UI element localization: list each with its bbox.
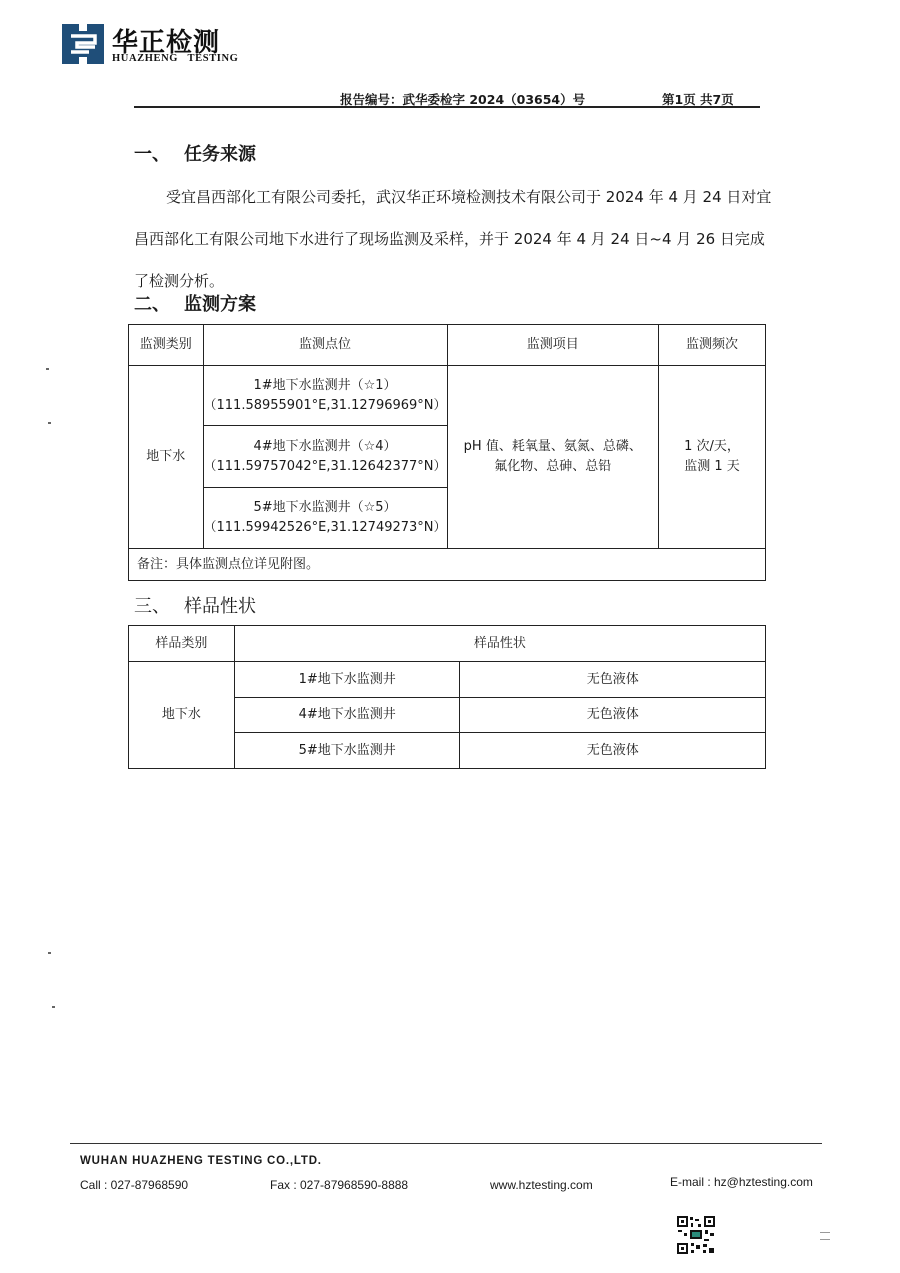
items-line-1: pH 值、耗氧量、氨氮、总磷、: [448, 437, 658, 457]
section-2-title: 监测方案: [184, 294, 256, 315]
task-source-text: 受宜昌西部化工有限公司委托，武汉华正环境检测技术有限公司于 2024 年 4 月…: [134, 188, 771, 290]
table-row: 地下水 1#地下水监测井 无色液体: [129, 662, 766, 698]
scan-speck: [46, 368, 49, 370]
section-3-number: 三、: [134, 592, 184, 618]
section-2-number: 二、: [134, 290, 184, 316]
category-cell: 地下水: [129, 366, 204, 549]
frequency-cell: 1 次/天， 监测 1 天: [658, 366, 765, 549]
footer-phone: Call : 027-87968590: [80, 1178, 188, 1192]
sample-state-cell: 无色液体: [460, 733, 766, 769]
logo-mark-icon: [62, 24, 104, 64]
footer-email: E-mail : hz@hztesting.com: [670, 1175, 813, 1189]
company-logo: 华正检测 HUAZHENG TESTING: [62, 24, 234, 68]
task-source-paragraph: 受宜昌西部化工有限公司委托，武汉华正环境检测技术有限公司于 2024 年 4 月…: [134, 176, 774, 302]
header-divider: [134, 106, 760, 108]
sample-state-cell: 无色液体: [460, 662, 766, 698]
monitoring-plan-table: 监测类别 监测点位 监测项目 监测频次 地下水 1#地下水监测井（☆1） （11…: [128, 324, 766, 581]
point-coords: （111.59942526°E,31.12749273°N）: [204, 518, 447, 538]
section-3-heading: 三、样品性状: [134, 592, 256, 618]
point-coords: （111.58955901°E,31.12796969°N）: [204, 396, 447, 416]
point-coords: （111.59757042°E,31.12642377°N）: [204, 457, 447, 477]
edge-mark: [820, 1232, 830, 1240]
items-line-2: 氟化物、总砷、总铅: [448, 457, 658, 477]
qr-code-icon: [676, 1215, 716, 1255]
footer-divider: [70, 1143, 822, 1144]
section-1-title: 任务来源: [184, 144, 256, 165]
header-sample-state: 样品性状: [234, 626, 765, 662]
sample-point-cell: 5#地下水监测井: [234, 733, 460, 769]
point-cell: 1#地下水监测井（☆1） （111.58955901°E,31.12796969…: [203, 366, 447, 426]
header-sample-category: 样品类别: [129, 626, 235, 662]
sample-category-cell: 地下水: [129, 662, 235, 769]
scan-speck: [48, 952, 51, 954]
point-cell: 5#地下水监测井（☆5） （111.59942526°E,31.12749273…: [203, 488, 447, 549]
footer-company-name: WUHAN HUAZHENG TESTING CO.,LTD.: [80, 1155, 322, 1167]
note-cell: 备注：具体监测点位详见附图。: [129, 549, 766, 581]
table-header-row: 样品类别 样品性状: [129, 626, 766, 662]
section-1-heading: 一、任务来源: [134, 140, 256, 166]
frequency-line-2: 监测 1 天: [659, 457, 765, 477]
header-frequency: 监测频次: [658, 325, 765, 366]
sample-state-cell: 无色液体: [460, 698, 766, 733]
section-2-heading: 二、监测方案: [134, 290, 256, 316]
header-point: 监测点位: [203, 325, 447, 366]
header-category: 监测类别: [129, 325, 204, 366]
sample-point-cell: 1#地下水监测井: [234, 662, 460, 698]
scan-speck: [52, 1006, 55, 1008]
table-row: 地下水 1#地下水监测井（☆1） （111.58955901°E,31.1279…: [129, 366, 766, 426]
sample-point-cell: 4#地下水监测井: [234, 698, 460, 733]
point-name: 4#地下水监测井（☆4）: [204, 437, 447, 457]
footer-fax: Fax : 027-87968590-8888: [270, 1178, 408, 1192]
sample-properties-table: 样品类别 样品性状 地下水 1#地下水监测井 无色液体 4#地下水监测井 无色液…: [128, 625, 766, 769]
footer-website: www.hztesting.com: [490, 1178, 593, 1192]
items-cell: pH 值、耗氧量、氨氮、总磷、 氟化物、总砷、总铅: [447, 366, 658, 549]
section-1-number: 一、: [134, 140, 184, 166]
header-items: 监测项目: [447, 325, 658, 366]
scan-speck: [48, 422, 51, 424]
note-row: 备注：具体监测点位详见附图。: [129, 549, 766, 581]
point-name: 5#地下水监测井（☆5）: [204, 498, 447, 518]
section-3-title: 样品性状: [184, 596, 256, 617]
point-name: 1#地下水监测井（☆1）: [204, 376, 447, 396]
logo-english-name: HUAZHENG TESTING: [112, 53, 238, 64]
point-cell: 4#地下水监测井（☆4） （111.59757042°E,31.12642377…: [203, 426, 447, 488]
table-header-row: 监测类别 监测点位 监测项目 监测频次: [129, 325, 766, 366]
frequency-line-1: 1 次/天，: [659, 437, 765, 457]
